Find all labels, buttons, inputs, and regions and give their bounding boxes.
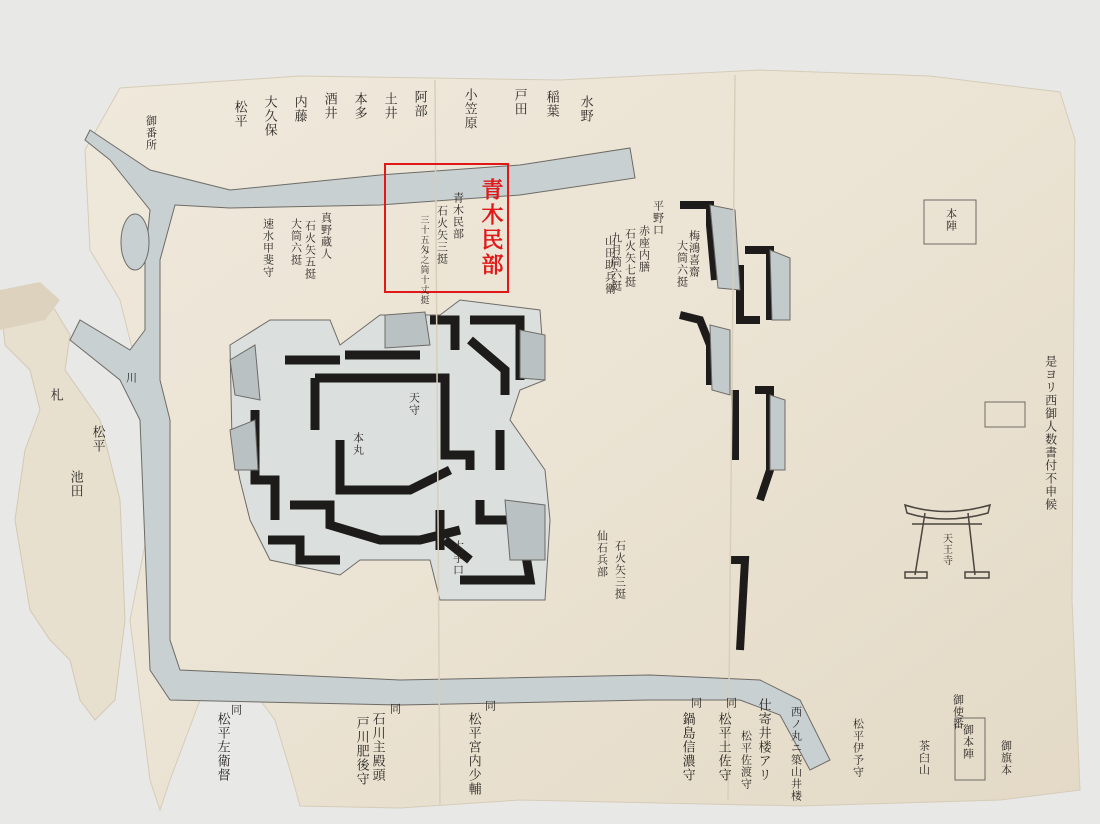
label-mano: 真野蔵人 bbox=[320, 212, 332, 260]
map-drawing bbox=[0, 0, 1100, 824]
highlight-label: 青木民部 bbox=[476, 178, 507, 278]
label-top-1: 大久保 bbox=[262, 95, 276, 137]
label-bottom-0: 松平左衛督 bbox=[215, 712, 229, 782]
label-bottom-hdr-4: 同 bbox=[690, 697, 702, 709]
label-hayami: 速水甲斐守 bbox=[262, 218, 274, 278]
label-frag-fuda: 札 bbox=[48, 388, 62, 402]
label-tennoji: 天王寺 bbox=[940, 533, 951, 566]
label-umekou-guns: 大筒六挺 bbox=[676, 240, 688, 288]
label-bottom-6: 仕寄井楼アリ bbox=[756, 698, 770, 782]
label-akaza: 赤座内膳 bbox=[638, 225, 650, 273]
label-mano-guns: 大筒六挺 bbox=[290, 218, 302, 266]
label-sengoku-cannons: 石火矢三挺 bbox=[614, 540, 626, 600]
label-top-0: 松平 bbox=[232, 100, 246, 128]
label-top-9: 稲葉 bbox=[544, 90, 558, 118]
label-sengoku: 仙石兵部 bbox=[596, 530, 608, 578]
label-frag-matsudaira: 松平 bbox=[90, 425, 104, 453]
label-mano-cannons: 石火矢五挺 bbox=[304, 220, 316, 280]
label-top-5: 土井 bbox=[382, 92, 396, 120]
label-bottom-5: 松平土佐守 bbox=[716, 712, 730, 782]
label-bottom-3: 松平宮内少輔 bbox=[466, 712, 480, 796]
label-otemon: 大手口 bbox=[452, 540, 464, 576]
label-top-2: 内藤 bbox=[292, 95, 306, 123]
label-bottom-hdr-1: 同 bbox=[389, 703, 401, 715]
label-frag-ikeda: 池田 bbox=[68, 470, 82, 498]
label-bottom-2: 戸川肥後守 bbox=[354, 716, 368, 786]
label-top-8: 戸田 bbox=[512, 88, 526, 116]
label-aoki-guns: 三十五匁之筒十丈挺 bbox=[418, 215, 427, 305]
label-gohonjin: 御本陣 bbox=[962, 724, 974, 760]
label-top-4: 本多 bbox=[352, 92, 366, 120]
label-top-10: 水野 bbox=[578, 95, 592, 123]
label-honjin-top: 本陣 bbox=[945, 208, 957, 232]
label-bottom-hdr-5: 同 bbox=[725, 697, 737, 709]
label-bottom-7: 松平佐渡守 bbox=[740, 730, 752, 790]
label-hiranoguchi: 平野口 bbox=[652, 200, 664, 236]
label-gohatamoto: 御旗本 bbox=[1000, 740, 1012, 776]
label-top-gate: 御番所 bbox=[145, 115, 157, 151]
label-bottom-8: 西ノ丸ニ築山井楼 bbox=[790, 706, 802, 802]
label-tenshu: 天守 bbox=[408, 392, 420, 416]
label-bottom-4: 鍋島信濃守 bbox=[680, 712, 694, 782]
label-top-6: 阿部 bbox=[412, 90, 426, 118]
label-top-7: 小笠原 bbox=[462, 88, 476, 130]
map-photo: 青木民部 青木民部 石火矢三挺 三十五匁之筒十丈挺 松平 大久保 内藤 酒井 本… bbox=[0, 0, 1100, 824]
label-chausuyama: 茶臼山 bbox=[918, 740, 930, 776]
label-aoki-name: 青木民部 bbox=[452, 192, 464, 240]
label-aoki-cannons: 石火矢三挺 bbox=[436, 205, 448, 265]
label-honmaru: 本丸 bbox=[352, 432, 364, 456]
label-river: 川 bbox=[125, 372, 137, 384]
label-bottom-hdr-3: 同 bbox=[484, 700, 496, 712]
label-bottom-9: 松平伊予守 bbox=[852, 718, 864, 778]
label-akaza-cannons: 石火矢七挺 bbox=[624, 228, 636, 288]
label-umekou: 梅鴻喜齋 bbox=[688, 230, 700, 278]
label-top-3: 酒井 bbox=[322, 92, 336, 120]
label-yamada: 山田助兵衛 bbox=[604, 235, 616, 295]
label-bottom-1: 石川主殿頭 bbox=[370, 712, 384, 782]
label-right-edge-note: 是ヨリ西御人数書付不申候 bbox=[1044, 355, 1057, 511]
label-bottom-hdr-0: 同 bbox=[230, 704, 242, 716]
